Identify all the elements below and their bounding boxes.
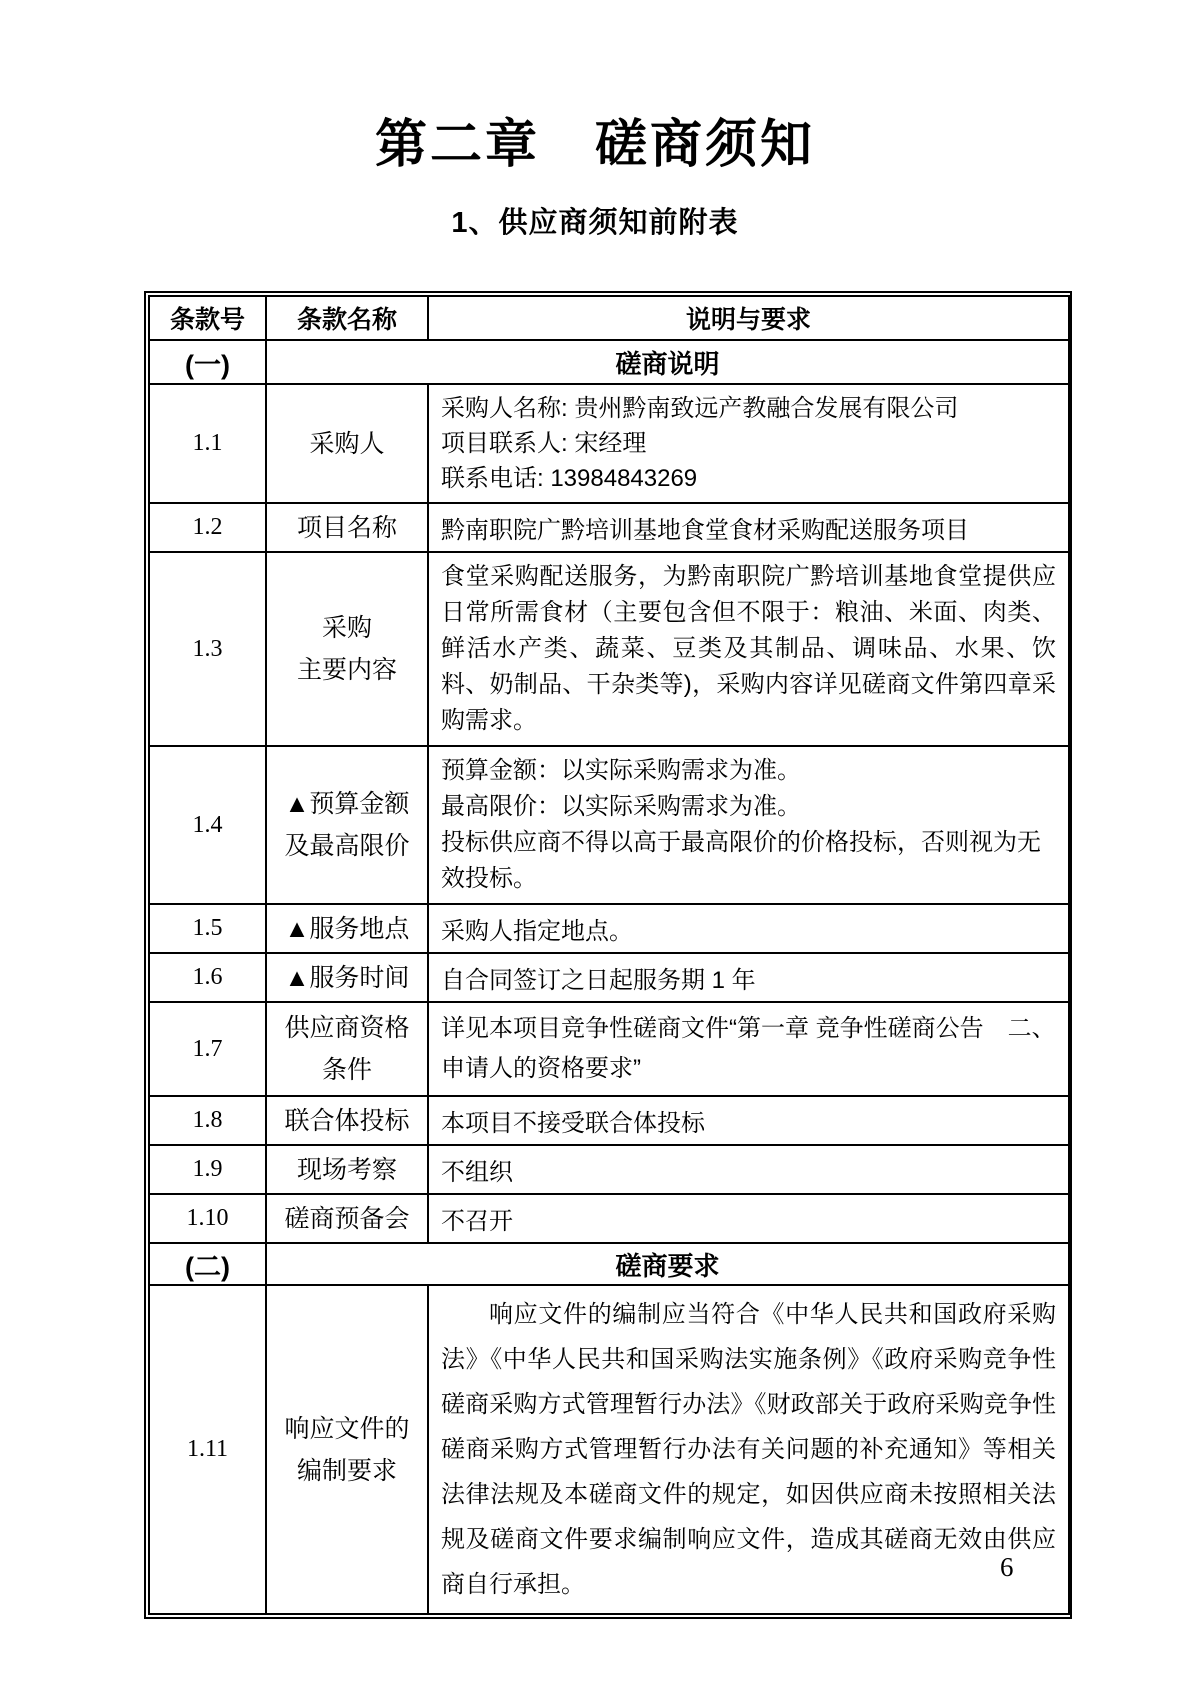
table-row-1-2: 1.2 项目名称 黔南职院广黔培训基地食堂食材采购配送服务项目	[149, 503, 1069, 552]
content-line: 最高限价：以实际采购需求为准。	[441, 789, 1056, 825]
section-title: 磋商说明	[266, 340, 1069, 384]
clause-content: 食堂采购配送服务，为黔南职院广黔培训基地食堂提供应日常所需食材（主要包含但不限于…	[428, 552, 1069, 746]
table-row-1-10: 1.10 磋商预备会 不召开	[149, 1194, 1069, 1243]
content-line: 本项目不接受联合体投标	[441, 1103, 1056, 1138]
content-line: 采购人名称: 贵州黔南致远产教融合发展有限公司	[441, 391, 1056, 426]
table-row-1-5: 1.5 ▲服务地点 采购人指定地点。	[149, 904, 1069, 953]
clause-no: 1.10	[149, 1194, 266, 1243]
clause-no: 1.1	[149, 384, 266, 503]
clause-content: 详见本项目竞争性磋商文件“第一章 竞争性磋商公告 二、申请人的资格要求”	[428, 1002, 1069, 1096]
clause-no: 1.11	[149, 1285, 266, 1614]
clause-no: 1.8	[149, 1096, 266, 1145]
content-paragraph: 食堂采购配送服务，为黔南职院广黔培训基地食堂提供应日常所需食材（主要包含但不限于…	[441, 559, 1056, 739]
clause-name-line: 及最高限价	[284, 832, 409, 860]
table-row-1-4: 1.4 ▲预算金额 及最高限价 预算金额：以实际采购需求为准。 最高限价：以实际…	[149, 746, 1069, 904]
clause-name: 现场考察	[266, 1145, 428, 1194]
header-clause-no: 条款号	[149, 296, 266, 340]
clause-name: ▲预算金额 及最高限价	[266, 746, 428, 904]
clause-name-line: 响应文件的	[284, 1415, 409, 1443]
clause-name-line: ▲预算金额	[285, 790, 410, 818]
clause-name-line: 采购	[322, 614, 372, 642]
table-row-1-1: 1.1 采购人 采购人名称: 贵州黔南致远产教融合发展有限公司 项目联系人: 宋…	[149, 384, 1069, 503]
clause-content: 响应文件的编制应当符合《中华人民共和国政府采购法》《中华人民共和国采购法实施条例…	[428, 1285, 1069, 1614]
document-page: 第二章 磋商须知 1、供应商须知前附表 条款号 条款名称 说明与要求 (一) 磋…	[0, 0, 1190, 1682]
clause-name: 响应文件的 编制要求	[266, 1285, 428, 1614]
table-row-section-1: (一) 磋商说明	[149, 340, 1069, 384]
clause-content: 本项目不接受联合体投标	[428, 1096, 1069, 1145]
content-line: 投标供应商不得以高于最高限价的价格投标，否则视为无效投标。	[441, 825, 1056, 897]
clause-content: 预算金额：以实际采购需求为准。 最高限价：以实际采购需求为准。 投标供应商不得以…	[428, 746, 1069, 904]
content-line: 预算金额：以实际采购需求为准。	[441, 753, 1056, 789]
clause-name-line: 编制要求	[297, 1457, 397, 1485]
clause-no: 1.7	[149, 1002, 266, 1096]
clause-name: ▲服务时间	[266, 953, 428, 1002]
clauses-table: 条款号 条款名称 说明与要求 (一) 磋商说明 1.1 采购人 采购人名称: 贵…	[148, 295, 1070, 1615]
supplier-instructions-table: 条款号 条款名称 说明与要求 (一) 磋商说明 1.1 采购人 采购人名称: 贵…	[144, 291, 1072, 1619]
table-row-1-8: 1.8 联合体投标 本项目不接受联合体投标	[149, 1096, 1069, 1145]
clause-no: 1.9	[149, 1145, 266, 1194]
content-line: 不组织	[441, 1152, 1056, 1187]
clause-name: 采购人	[266, 384, 428, 503]
page-number: 6	[1000, 1552, 1014, 1583]
content-paragraph: 响应文件的编制应当符合《中华人民共和国政府采购法》《中华人民共和国采购法实施条例…	[441, 1292, 1056, 1607]
clause-content: 黔南职院广黔培训基地食堂食材采购配送服务项目	[428, 503, 1069, 552]
content-line: 自合同签订之日起服务期 1 年	[441, 960, 1056, 995]
table-row-1-11: 1.11 响应文件的 编制要求 响应文件的编制应当符合《中华人民共和国政府采购法…	[149, 1285, 1069, 1614]
clause-no: 1.3	[149, 552, 266, 746]
clause-name: 项目名称	[266, 503, 428, 552]
clause-name: 磋商预备会	[266, 1194, 428, 1243]
header-description: 说明与要求	[428, 296, 1069, 340]
clause-no: 1.4	[149, 746, 266, 904]
clause-no: (二)	[149, 1243, 266, 1285]
table-row-1-6: 1.6 ▲服务时间 自合同签订之日起服务期 1 年	[149, 953, 1069, 1002]
clause-no: 1.5	[149, 904, 266, 953]
table-row-1-3: 1.3 采购 主要内容 食堂采购配送服务，为黔南职院广黔培训基地食堂提供应日常所…	[149, 552, 1069, 746]
clause-name-line: 主要内容	[297, 656, 397, 684]
clause-content: 不组织	[428, 1145, 1069, 1194]
table-header-row: 条款号 条款名称 说明与要求	[149, 296, 1069, 340]
section-subtitle: 1、供应商须知前附表	[0, 200, 1190, 241]
chapter-title: 第二章 磋商须知	[0, 0, 1190, 176]
content-line: 联系电话: 13984843269	[441, 461, 1056, 496]
clause-content: 不召开	[428, 1194, 1069, 1243]
clause-name: 联合体投标	[266, 1096, 428, 1145]
clause-name: ▲服务地点	[266, 904, 428, 953]
clause-content: 自合同签订之日起服务期 1 年	[428, 953, 1069, 1002]
clause-content: 采购人指定地点。	[428, 904, 1069, 953]
content-line: 采购人指定地点。	[441, 911, 1056, 946]
clause-name: 采购 主要内容	[266, 552, 428, 746]
clause-no: (一)	[149, 340, 266, 384]
clause-name-line: 供应商资格	[284, 1014, 409, 1042]
clause-no: 1.6	[149, 953, 266, 1002]
table-row-section-2: (二) 磋商要求	[149, 1243, 1069, 1285]
clause-name-line: 条件	[322, 1056, 372, 1084]
clause-name: 供应商资格 条件	[266, 1002, 428, 1096]
content-paragraph: 详见本项目竞争性磋商文件“第一章 竞争性磋商公告 二、申请人的资格要求”	[441, 1009, 1056, 1089]
content-line: 黔南职院广黔培训基地食堂食材采购配送服务项目	[441, 510, 1056, 545]
table-row-1-9: 1.9 现场考察 不组织	[149, 1145, 1069, 1194]
table-row-1-7: 1.7 供应商资格 条件 详见本项目竞争性磋商文件“第一章 竞争性磋商公告 二、…	[149, 1002, 1069, 1096]
clause-no: 1.2	[149, 503, 266, 552]
content-line: 不召开	[441, 1201, 1056, 1236]
header-clause-name: 条款名称	[266, 296, 428, 340]
section-title: 磋商要求	[266, 1243, 1069, 1285]
content-line: 项目联系人: 宋经理	[441, 426, 1056, 461]
clause-content: 采购人名称: 贵州黔南致远产教融合发展有限公司 项目联系人: 宋经理 联系电话:…	[428, 384, 1069, 503]
